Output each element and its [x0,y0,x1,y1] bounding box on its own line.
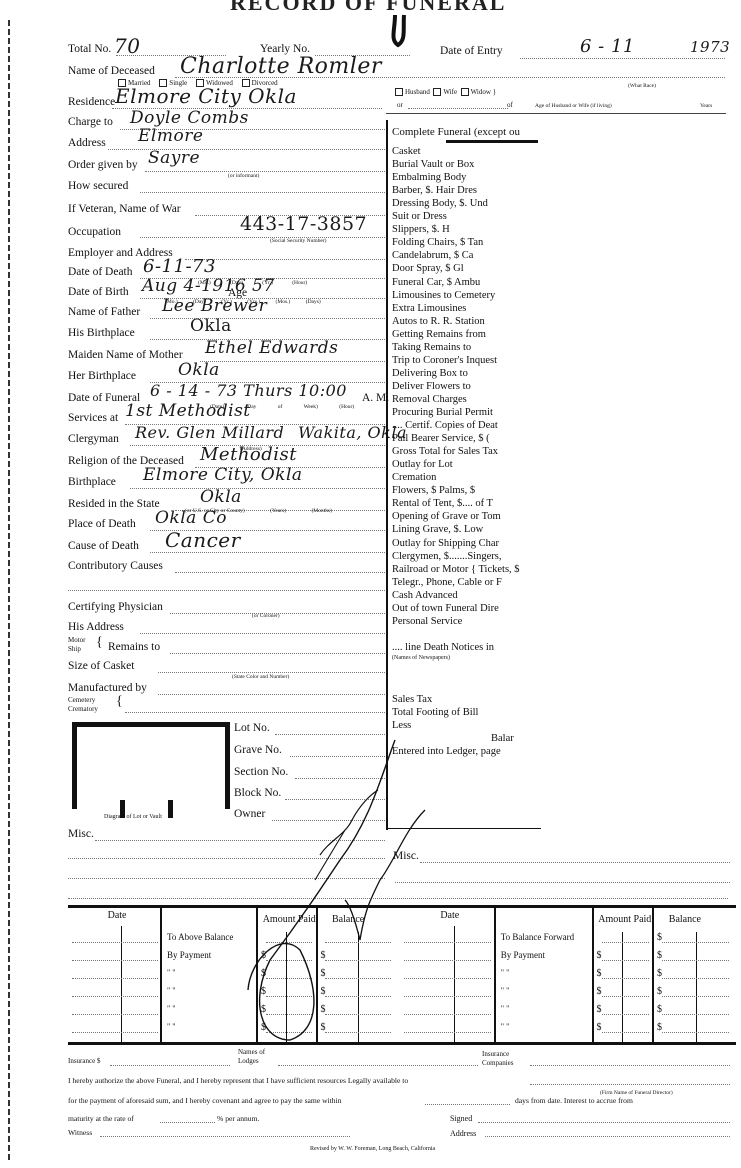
ledger-header-date: Date [108,910,127,921]
charge-item: Pall Bearer Service, $ ( [392,433,490,444]
her-birthplace-label: Her Birthplace [68,370,136,382]
charge-item: Telegr., Phone, Cable or F [392,577,502,588]
ssn-value[interactable]: 443-17-3857 [240,213,367,235]
ledger-row-label: To Above Balance [167,932,233,942]
her-birthplace-value[interactable]: Okla [178,360,220,380]
wife-checkbox[interactable] [433,88,441,96]
charge-item: Opening of Grave or Tom [392,511,501,522]
charge-item: Funeral Car, $ Ambu [392,277,480,288]
signed-label: Signed [450,1114,472,1123]
date-of-entry-year[interactable]: 1973 [690,38,730,56]
or-informant-label: (or informant) [228,173,259,179]
ledger-header-date: Date [440,910,459,921]
resided-label: Resided in the State [68,498,160,510]
charge-item: Flowers, $ Palms, $ [392,485,475,496]
address-value[interactable]: Elmore [138,126,203,146]
ledger-header-balance: Balance [332,914,364,925]
resided-value[interactable]: Okla [200,487,242,507]
widow-checkbox[interactable] [461,88,469,96]
date-of-birth-label: Date of Birth [68,286,129,298]
charge-item: Balar [491,733,514,744]
insurance-label: Insurance $ [68,1057,100,1065]
ledger-row-label: " " [167,1022,176,1031]
his-birthplace-value[interactable]: Okla [190,316,232,336]
clergyman-value[interactable]: Rev. Glen Millard [135,423,284,442]
block-no-label: Block No. [234,787,281,799]
manufactured-label: Manufactured by [68,682,147,694]
charge-item: Embalming Body [392,172,466,183]
ledger-row-label: By Payment [501,950,545,960]
form-title: RECORD OF FUNERAL [230,0,506,16]
charge-item: Entered into Ledger, page [392,746,501,757]
owner-label-text: Owner [234,808,265,820]
ledger-header-amount: Amount Paid [263,914,316,925]
religion-value[interactable]: Methodist [200,444,297,465]
charge-item: Lining Grave, $. Low [392,524,483,535]
order-given-by-label: Order given by [68,159,138,171]
charge-item: Total Footing of Bill [392,707,478,718]
services-value[interactable]: 1st Methodist [125,401,251,421]
charge-to-value[interactable]: Doyle Combs [130,108,249,128]
place-of-death-value[interactable]: Okla Co [155,508,227,528]
years-label: Years [700,103,712,109]
his-birthplace-label: His Birthplace [68,327,135,339]
payment-text: for the payment of aforesaid sum, and I … [68,1096,342,1105]
charge-item: Railroad or Motor { Tickets, $ [392,564,520,575]
lot-no-label: Lot No. [234,722,270,734]
lot-diagram [72,722,230,809]
what-race-label: (What Race) [628,83,656,89]
how-secured-label: How secured [68,180,128,192]
clergyman-label: Clergyman [68,433,119,445]
charge-item: Slippers, $. H [392,224,450,235]
ledger-header-balance: Balance [669,914,701,925]
date-of-death-value[interactable]: 6-11-73 [143,256,216,277]
charge-item: Procuring Burial Permit [392,407,493,418]
services-label: Services at [68,412,118,424]
ledger-row-label: " " [501,1022,510,1031]
witness-label: Witness [68,1128,92,1137]
charge-item: Out of town Funeral Dire [392,603,499,614]
ledger-row-label: " " [501,1004,510,1013]
charge-item: Door Spray, $ Gl [392,263,464,274]
maturity-text: maturity at the rate of [68,1114,134,1123]
ledger-row-label: " " [167,1004,176,1013]
date-of-death-label: Date of Death [68,266,133,278]
charge-item: Casket [392,146,421,157]
address-sign-label: Address [450,1129,476,1138]
address-label: Address [68,137,106,149]
his-address-label: His Address [68,621,124,633]
charge-item: Removal Charges [392,394,467,405]
age-value[interactable]: 57 [252,276,275,296]
contributory-label: Contributory Causes [68,560,163,572]
ssn-label: (Social Security Number) [270,238,327,244]
motor-ship-label: MotorShip [68,636,86,654]
age-spouse-label: Age of Husband or Wife (if living) [535,103,612,109]
husband-checkbox[interactable] [395,88,403,96]
binding-edge [8,20,10,1160]
charge-item: Autos to R. R. Station [392,316,485,327]
spouse-options: Husband Wife Widow } [395,88,496,96]
diagram-label: Diagram of Lot or Vault [104,814,162,820]
father-value[interactable]: Lee Brewer [162,296,267,316]
mother-value[interactable]: Ethel Edwards [205,338,338,358]
residence-label: Residence [68,96,115,108]
charges-misc-label: Misc. [393,850,419,862]
ledger-row-label: " " [167,968,176,977]
occupation-label: Occupation [68,226,121,238]
cause-of-death-value[interactable]: Cancer [165,528,241,552]
charge-item: Delivering Box to [392,368,468,379]
coroner-label: (or Coroner) [252,613,280,619]
father-label: Name of Father [68,306,140,318]
charge-item: Outlay for Lot [392,459,453,470]
charge-item: Folding Chairs, $ Tan [392,237,483,248]
or-label: or [397,101,403,109]
charge-item: Sales Tax [392,694,432,705]
revised-text: Revised by W. W. Foreman, Long Beach, Ca… [310,1146,435,1152]
charge-item: Barber, $. Hair Dres [392,185,477,196]
charges-panel: Complete Funeral (except ou CasketBurial… [386,120,538,830]
misc-label: Misc. [68,828,94,840]
charge-item: .... line Death Notices in [392,642,494,653]
cemetery-crematory-label: CemeteryCrematory [68,696,98,714]
mother-label: Maiden Name of Mother [68,349,183,361]
charge-item: Rental of Tent, $.... of T [392,498,493,509]
charge-item: Personal Service [392,616,462,627]
ledger-row-label: To Balance Forward [501,932,574,942]
place-of-death-label: Place of Death [68,518,136,530]
ledger-header-amount: Amount Paid [598,914,651,925]
days-text: days from date. Interest to accrue from [515,1096,633,1105]
charge-item: Burial Vault or Box [392,159,474,170]
charge-item: (Names of Newspapers) [392,655,450,661]
charge-item: Outlay for Shipping Char [392,538,499,549]
name-of-deceased-label: Name of Deceased [68,65,155,77]
charge-item: Clergymen, $.......Singers, [392,551,501,562]
charge-to-label: Charge to [68,116,113,128]
remains-to-label: Remains to [108,641,160,653]
total-no-label: Total No. [68,43,111,55]
ledger-row-label: " " [501,986,510,995]
ledger-row-label: " " [167,986,176,995]
birthplace-label: Birthplace [68,476,116,488]
casket-size-label: Size of Casket [68,660,134,672]
charge-item: Trip to Coroner's Inquest [392,355,497,366]
charge-item: Deliver Flowers to [392,381,471,392]
charge-item: Suit or Dress [392,211,447,222]
of-label: of [507,101,513,109]
authorize-text: I hereby authorize the above Funeral, an… [68,1076,408,1085]
charge-item: Candelabrum, $ Ca [392,250,473,261]
charges-header: Complete Funeral (except ou [392,126,520,138]
section-no-label: Section No. [234,766,288,778]
ledger-row-label: By Payment [167,950,211,960]
date-of-entry-label: Date of Entry [440,45,503,57]
handwritten-signature-icon [0,0,741,1168]
physician-label: Certifying Physician [68,601,163,613]
casket-sub-label: (State Color and Number) [232,674,289,680]
charge-item: Less [392,720,411,731]
charge-item: .... Certif. Copies of Deat [392,420,498,431]
order-given-by-value[interactable]: Sayre [148,148,200,168]
charge-item: Dressing Body, $. Und [392,198,488,209]
date-of-entry-value[interactable]: 6 - 11 [580,36,635,57]
ledger-row-label: " " [501,968,510,977]
charge-item: Taking Remains to [392,342,471,353]
lodges-label: Names of Lodges [238,1048,278,1066]
charge-item: Cash Advanced [392,590,458,601]
grave-no-label: Grave No. [234,744,282,756]
charge-item: Gross Total for Sales Tax [392,446,498,457]
residence-value[interactable]: Elmore City Okla [115,84,297,108]
cause-of-death-label: Cause of Death [68,540,139,552]
percent-text: % per annum. [217,1114,259,1123]
name-of-deceased-value[interactable]: Charlotte Romler [180,54,382,79]
veteran-label: If Veteran, Name of War [68,203,181,215]
charge-item: Getting Remains from [392,329,486,340]
birthplace-value[interactable]: Elmore City, Okla [143,465,303,485]
charge-item: Limousines to Cemetery [392,290,495,301]
charge-item: Cremation [392,472,436,483]
charge-item: Extra Limousines [392,303,466,314]
funeral-date-value[interactable]: 6 - 14 - 73 Thurs 10:00 [150,381,347,400]
